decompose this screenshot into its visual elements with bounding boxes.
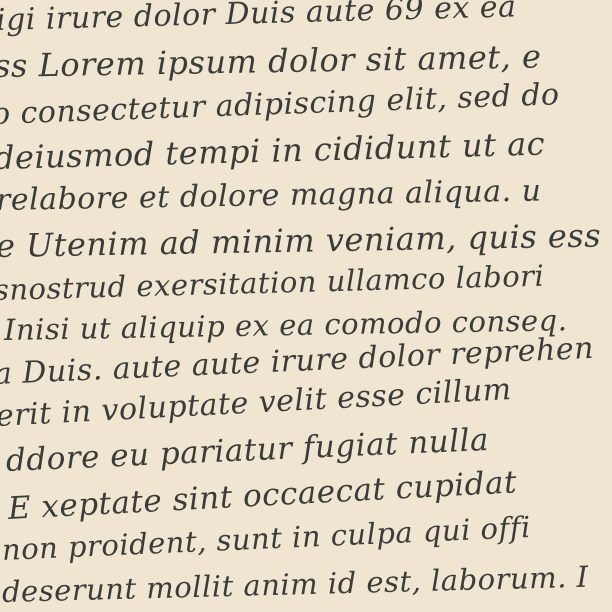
handwritten-line-1: igi irure dolor Duis aute 69 ex ea: [0, 0, 517, 36]
handwritten-lorem-ipsum-pattern: igi irure dolor Duis aute 69 ex ea ss Lo…: [0, 0, 612, 612]
handwritten-line-3: o consectetur adipiscing elit, sed do: [0, 80, 560, 130]
handwritten-line-5: relabore et dolore magna aliqua. u: [0, 176, 542, 216]
handwritten-line-14: deserunt mollit anim id est, laborum. I: [2, 563, 589, 607]
handwritten-line-7: snostrud exersitation ullamco labori: [0, 262, 545, 305]
handwritten-line-2: ss Lorem ipsum dolor sit amet, e: [0, 40, 542, 82]
handwritten-line-6: e Utenim ad minim veniam, quis ess: [0, 219, 601, 262]
handwritten-line-4: deiusmod tempi in cididunt ut ac: [0, 128, 545, 174]
